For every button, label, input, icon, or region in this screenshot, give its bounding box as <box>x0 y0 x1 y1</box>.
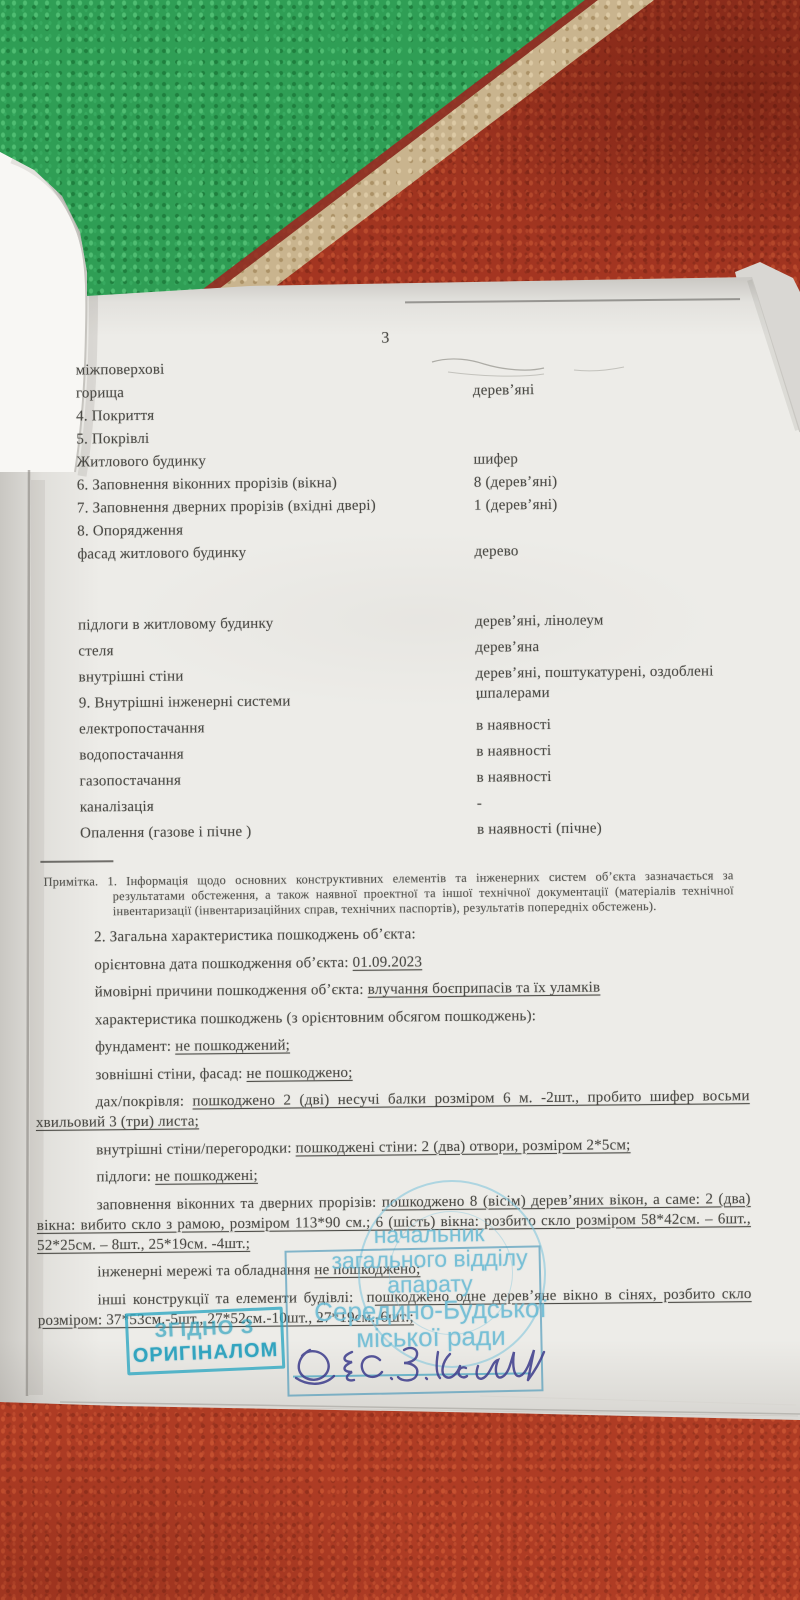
spec-row-value: 1 (дерев’яні) <box>474 493 756 516</box>
printed-rule <box>405 298 740 303</box>
spec-row-label: 4. Покриття <box>29 401 743 426</box>
spec-row: Житлового будинкушифер <box>29 447 743 472</box>
spec-row-value: дерев’яна <box>475 635 757 658</box>
damage-paragraph: ймовірні причини пошкодження об’єкта: вл… <box>35 976 749 1003</box>
spec-row: Опалення (газове і пічне )в наявності (п… <box>33 817 747 844</box>
spec-row: стелядерев’яна <box>31 635 745 662</box>
spec-row: внутрішні стінидерев’яні, поштукатурені,… <box>32 661 746 688</box>
spec-row-value: дерев’яні <box>473 378 755 401</box>
spec-rows-bottom: підлоги в житловому будинкудерев’яні, лі… <box>31 609 747 850</box>
spec-row: горищадерев’яні <box>29 378 743 403</box>
footnote-text: Примітка. 1. Інформація щодо основних ко… <box>34 868 734 920</box>
spec-row: каналізація- <box>33 791 747 818</box>
damage-paragraph: дах/покрівля: пошкоджено 2 (дві) несучі … <box>36 1086 750 1133</box>
damage-paragraph: характеристика пошкоджень (з орієнтовним… <box>35 1004 749 1031</box>
photo-scene: 3 міжповерховігорищадерев’яні4. Покриття… <box>0 0 800 1600</box>
footnote-divider <box>40 860 113 862</box>
spec-row-value: · <box>476 687 758 710</box>
spec-row-value: 8 (дерев’яні) <box>474 470 756 493</box>
certified-stamp-line1: ЗГІДНО З <box>154 1315 255 1343</box>
spec-row-value: в наявності (пічне) <box>477 817 759 840</box>
damage-paragraph: зовнішні стіни, фасад: не пошкоджено; <box>35 1059 749 1086</box>
spec-rows-top: міжповерховігорищадерев’яні4. Покриття5.… <box>29 355 745 569</box>
spec-row-label: 8. Опорядження <box>30 516 744 541</box>
official-stamp-line: загального відділу <box>295 1245 563 1275</box>
spec-row: водопостачанняв наявності <box>32 739 746 766</box>
spec-row-value: в наявності <box>476 739 758 762</box>
spec-row: підлоги в житловому будинкудерев’яні, лі… <box>31 609 745 636</box>
damage-paragraph: 2. Загальна характеристика пошкоджень об… <box>34 921 748 948</box>
spec-row-label: міжповерхові <box>29 355 743 380</box>
spec-row-value: дерев’яні, лінолеум <box>475 609 757 632</box>
spec-row-value: в наявності <box>477 765 759 788</box>
spec-row: 8. Опорядження <box>30 516 744 541</box>
spec-row-label: 5. Покрівлі <box>29 424 743 449</box>
damage-paragraph: орієнтовна дата пошкодження об’єкта: 01.… <box>34 949 748 976</box>
spec-row: 7. Заповнення дверних прорізів (вхідні д… <box>30 493 744 518</box>
spec-row: міжповерхові <box>29 355 743 380</box>
spec-row: 4. Покриття <box>29 401 743 426</box>
spec-row: фасад житлового будинкудерево <box>30 539 744 564</box>
handwritten-signature <box>288 1322 548 1392</box>
spec-row: 5. Покрівлі <box>29 424 743 449</box>
certified-copy-stamp: ЗГІДНО З ОРИГІНАЛОМ <box>125 1307 286 1376</box>
damage-paragraph: підлоги: не пошкоджені; <box>36 1161 750 1188</box>
spec-row-value: дерево <box>474 539 756 562</box>
damage-paragraph: фундамент: не пошкоджений; <box>35 1031 749 1058</box>
spec-row: електропостачанняв наявності <box>32 713 746 740</box>
page-number: 3 <box>28 326 742 351</box>
spec-row: газопостачанняв наявності <box>33 765 747 792</box>
spec-row-value: в наявності <box>476 713 758 736</box>
spec-row: 9. Внутрішні інженерні системи· <box>32 687 746 714</box>
spec-row-value: шифер <box>473 447 755 470</box>
spec-row: 6. Заповнення віконних прорізів (вікна)8… <box>30 470 744 495</box>
spec-row-value: - <box>477 791 759 814</box>
damage-paragraph: внутрішні стіни/перегородки: пошкоджені … <box>36 1134 750 1161</box>
